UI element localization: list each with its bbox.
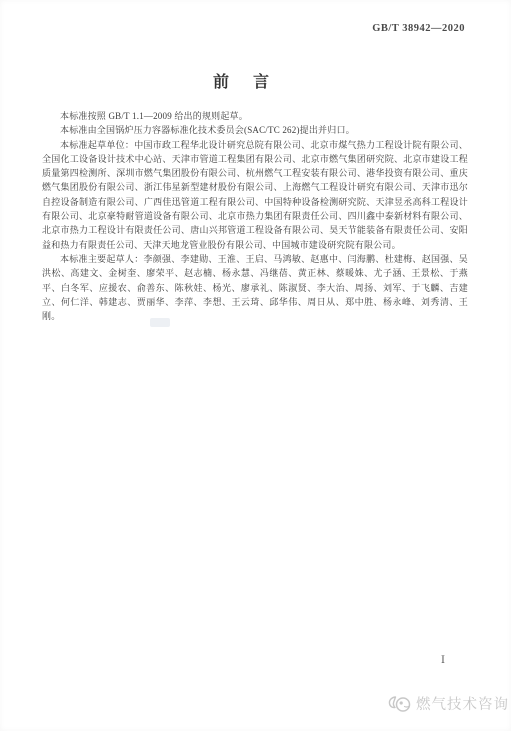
page-number: Ⅰ bbox=[441, 655, 445, 666]
paragraph-drafting-organizations: 本标准起草单位：中国市政工程华北设计研究总院有限公司、北京市煤气热力工程设计院有… bbox=[42, 138, 468, 252]
watermark-label: 燃气技术咨询 bbox=[416, 693, 509, 714]
paragraph-drafting-rules: 本标准按照 GB/T 1.1—2009 给出的规则起草。 bbox=[42, 109, 468, 123]
paragraph-chief-drafters: 本标准主要起草人：李颜强、李建勋、王淮、王启、马鸿敏、赵惠中、闫海鹏、杜建梅、赵… bbox=[42, 252, 468, 323]
scan-smudge-artifact bbox=[150, 318, 170, 327]
standard-number: GB/T 38942—2020 bbox=[372, 23, 465, 34]
foreword-body: 本标准按照 GB/T 1.1—2009 给出的规则起草。 本标准由全国锅炉压力容… bbox=[42, 109, 468, 323]
foreword-title: 前 言 bbox=[0, 69, 486, 92]
paragraph-proposing-committee: 本标准由全国锅炉压力容器标准化技术委员会(SAC/TC 262)提出并归口。 bbox=[42, 123, 468, 137]
watermark: 燃气技术咨询 bbox=[387, 693, 509, 714]
gas-consulting-logo-icon bbox=[387, 694, 413, 714]
document-page: GB/T 38942—2020 前 言 本标准按照 GB/T 1.1—2009 … bbox=[0, 0, 511, 731]
